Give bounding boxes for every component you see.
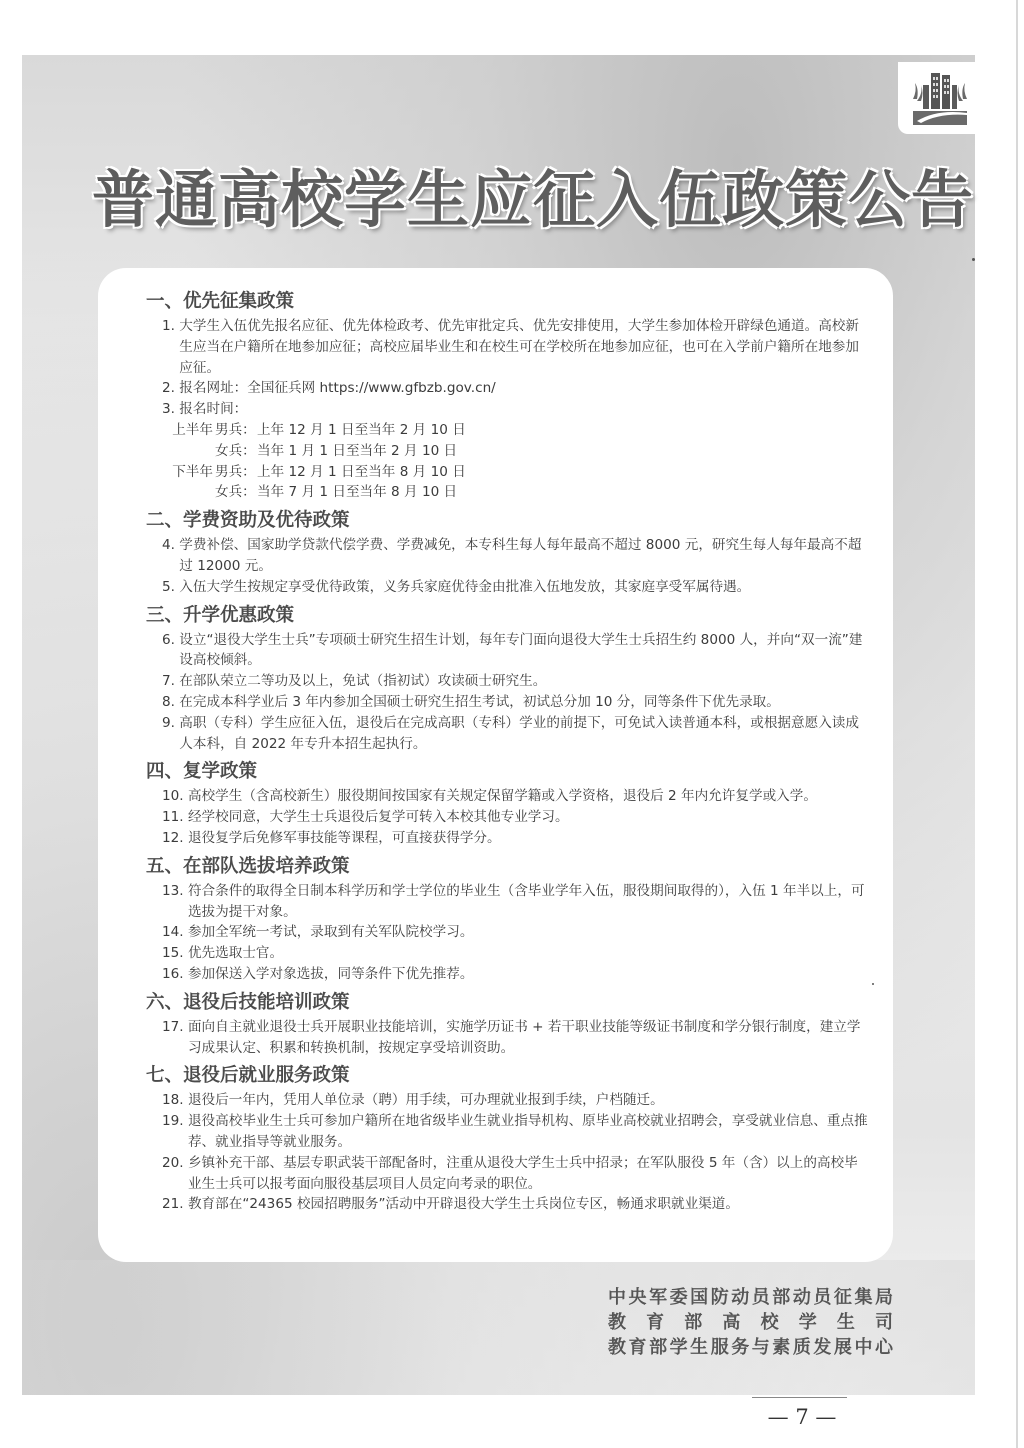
city-buildings-logo-icon [909, 69, 971, 127]
section-priority-recruitment: 一、优先征集政策 1. 大学生入伍优先报名应征、优先体检政考、优先审批定兵、优先… [150, 288, 870, 503]
list-item: 7. 在部队荣立二等功及以上，免试（指初试）攻读硕士研究生。 [162, 671, 870, 692]
schedule-gender: 女兵： [215, 482, 257, 503]
item-number: 4. [162, 535, 179, 577]
signature-line: 教育部高校学生司 [608, 1310, 893, 1335]
item-number: 5. [162, 577, 179, 598]
item-number: 13. [162, 881, 188, 923]
item-text: 学费补偿、国家助学贷款代偿学费、学费减免，本专科生每人每年最高不超过 8000 … [179, 535, 870, 577]
item-text: 大学生入伍优先报名应征、优先体检政考、优先审批定兵、优先安排使用，大学生参加体检… [179, 316, 870, 378]
schedule-gender: 男兵： [215, 462, 257, 483]
schedule-gender: 男兵： [215, 420, 257, 441]
item-text: 经学校同意，大学生士兵退役后复学可转入本校其他专业学习。 [188, 807, 870, 828]
item-number: 6. [162, 630, 179, 672]
section-employment-service: 七、退役后就业服务政策 18. 退役后一年内，凭用人单位录（聘）用手续，可办理就… [150, 1062, 870, 1215]
item-text: 教育部在“24365 校园招聘服务”活动中开辟退役大学生士兵岗位专区，畅通求职就… [188, 1194, 870, 1215]
section-military-selection: 五、在部队选拔培养政策 13. 符合条件的取得全日制本科学历和学士学位的毕业生（… [150, 853, 870, 985]
section-heading: 一、优先征集政策 [146, 288, 866, 316]
item-text: 退役高校毕业生士兵可参加户籍所在地省级毕业生就业指导机构、原毕业高校就业招聘会，… [188, 1111, 870, 1153]
item-text: 在完成本科学业后 3 年内参加全国硕士研究生招生考试，初试总分加 10 分，同等… [179, 692, 870, 713]
footer-divider [752, 1397, 847, 1398]
list-item: 19. 退役高校毕业生士兵可参加户籍所在地省级毕业生就业指导机构、原毕业高校就业… [162, 1111, 870, 1153]
page-number: — 7 — [762, 1405, 842, 1429]
logo [898, 62, 982, 134]
list-item: 16. 参加保送入学对象选拔，同等条件下优先推荐。 [162, 964, 870, 985]
item-text: 在部队荣立二等功及以上，免试（指初试）攻读硕士研究生。 [179, 671, 870, 692]
schedule-gender: 女兵： [215, 441, 257, 462]
schedule-row: 下半年男兵：上年 12 月 1 日至当年 8 月 10 日 [150, 462, 870, 483]
list-item: 1. 大学生入伍优先报名应征、优先体检政考、优先审批定兵、优先安排使用，大学生参… [162, 316, 870, 378]
item-text: 高校学生（含高校新生）服役期间按国家有关规定保留学籍或入学资格，退役后 2 年内… [188, 786, 870, 807]
list-item: 14. 参加全军统一考试，录取到有关军队院校学习。 [162, 922, 870, 943]
scan-speck [972, 258, 975, 261]
list-item: 17. 面向自主就业退役士兵开展职业技能培训，实施学历证书 + 若干职业技能等级… [162, 1017, 870, 1059]
schedule-row: 女兵：当年 7 月 1 日至当年 8 月 10 日 [150, 482, 870, 503]
item-number: 12. [162, 828, 188, 849]
item-number: 15. [162, 943, 188, 964]
scan-speck [872, 983, 874, 985]
item-number: 11. [162, 807, 188, 828]
item-text: 高职（专科）学生应征入伍，退役后在完成高职（专科）学业的前提下，可免试入读普通本… [179, 713, 870, 755]
item-number: 20. [162, 1153, 188, 1195]
item-text: 乡镇补充干部、基层专职武装干部配备时，注重从退役大学生士兵中招录；在军队服役 5… [188, 1153, 870, 1195]
section-skills-training: 六、退役后技能培训政策 17. 面向自主就业退役士兵开展职业技能培训，实施学历证… [150, 989, 870, 1059]
item-text: 参加全军统一考试，录取到有关军队院校学习。 [188, 922, 870, 943]
section-further-education: 三、升学优惠政策 6. 设立“退役大学生士兵”专项硕士研究生招生计划，每年专门面… [150, 602, 870, 755]
item-text: 设立“退役大学生士兵”专项硕士研究生招生计划，每年专门面向退役大学生士兵招生约 … [179, 630, 870, 672]
list-item: 6. 设立“退役大学生士兵”专项硕士研究生招生计划，每年专门面向退役大学生士兵招… [162, 630, 870, 672]
signature-line: 中央军委国防动员部动员征集局 [608, 1285, 893, 1310]
issuing-authorities: 中央军委国防动员部动员征集局 教育部高校学生司 教育部学生服务与素质发展中心 [608, 1285, 893, 1360]
policy-content: 一、优先征集政策 1. 大学生入伍优先报名应征、优先体检政考、优先审批定兵、优先… [150, 288, 870, 1219]
section-heading: 五、在部队选拔培养政策 [146, 853, 866, 881]
schedule-half [153, 441, 215, 462]
list-item: 3. 报名时间： [162, 399, 870, 420]
section-heading: 七、退役后就业服务政策 [146, 1062, 866, 1090]
schedule-period: 上年 12 月 1 日至当年 2 月 10 日 [257, 420, 466, 441]
list-item: 5. 入伍大学生按规定享受优待政策，义务兵家庭优待金由批准入伍地发放，其家庭享受… [162, 577, 870, 598]
section-resume-study: 四、复学政策 10. 高校学生（含高校新生）服役期间按国家有关规定保留学籍或入学… [150, 758, 870, 848]
list-item: 21. 教育部在“24365 校园招聘服务”活动中开辟退役大学生士兵岗位专区，畅… [162, 1194, 870, 1215]
section-heading: 四、复学政策 [146, 758, 866, 786]
item-text: 符合条件的取得全日制本科学历和学士学位的毕业生（含毕业学年入伍，服役期间取得的）… [188, 881, 870, 923]
scan-edge [1016, 0, 1018, 1448]
registration-url-text[interactable]: 报名网址：全国征兵网 https://www.gfbzb.gov.cn/ [179, 378, 870, 399]
item-number: 8. [162, 692, 179, 713]
item-number: 17. [162, 1017, 188, 1059]
item-number: 2. [162, 378, 179, 399]
item-text: 优先选取士官。 [188, 943, 870, 964]
item-text: 退役复学后免修军事技能等课程，可直接获得学分。 [188, 828, 870, 849]
item-text: 入伍大学生按规定享受优待政策，义务兵家庭优待金由批准入伍地发放，其家庭享受军属待… [179, 577, 870, 598]
item-number: 7. [162, 671, 179, 692]
item-number: 18. [162, 1090, 188, 1111]
item-text: 面向自主就业退役士兵开展职业技能培训，实施学历证书 + 若干职业技能等级证书制度… [188, 1017, 870, 1059]
item-number: 3. [162, 399, 179, 420]
item-number: 19. [162, 1111, 188, 1153]
list-item: 15. 优先选取士官。 [162, 943, 870, 964]
schedule-period: 当年 1 月 1 日至当年 2 月 10 日 [257, 441, 457, 462]
schedule-half: 下半年 [153, 462, 215, 483]
item-number: 10. [162, 786, 188, 807]
list-item: 11. 经学校同意，大学生士兵退役后复学可转入本校其他专业学习。 [162, 807, 870, 828]
page-title: 普通高校学生应征入伍政策公告 [92, 160, 932, 240]
item-text: 参加保送入学对象选拔，同等条件下优先推荐。 [188, 964, 870, 985]
list-item: 18. 退役后一年内，凭用人单位录（聘）用手续，可办理就业报到手续，户档随迁。 [162, 1090, 870, 1111]
list-item: 13. 符合条件的取得全日制本科学历和学士学位的毕业生（含毕业学年入伍，服役期间… [162, 881, 870, 923]
item-number: 16. [162, 964, 188, 985]
list-item: 12. 退役复学后免修军事技能等课程，可直接获得学分。 [162, 828, 870, 849]
schedule-period: 当年 7 月 1 日至当年 8 月 10 日 [257, 482, 457, 503]
list-item: 9. 高职（专科）学生应征入伍，退役后在完成高职（专科）学业的前提下，可免试入读… [162, 713, 870, 755]
list-item: 4. 学费补偿、国家助学贷款代偿学费、学费减免，本专科生每人每年最高不超过 80… [162, 535, 870, 577]
item-number: 21. [162, 1194, 188, 1215]
schedule-period: 上年 12 月 1 日至当年 8 月 10 日 [257, 462, 466, 483]
item-text: 退役后一年内，凭用人单位录（聘）用手续，可办理就业报到手续，户档随迁。 [188, 1090, 870, 1111]
list-item: 20. 乡镇补充干部、基层专职武装干部配备时，注重从退役大学生士兵中招录；在军队… [162, 1153, 870, 1195]
registration-schedule: 上半年男兵：上年 12 月 1 日至当年 2 月 10 日 女兵：当年 1 月 … [150, 420, 870, 503]
item-number: 1. [162, 316, 179, 378]
list-item: 10. 高校学生（含高校新生）服役期间按国家有关规定保留学籍或入学资格，退役后 … [162, 786, 870, 807]
list-item: 8. 在完成本科学业后 3 年内参加全国硕士研究生招生考试，初试总分加 10 分… [162, 692, 870, 713]
signature-line: 教育部学生服务与素质发展中心 [608, 1335, 893, 1360]
section-heading: 二、学费资助及优待政策 [146, 507, 866, 535]
schedule-half [153, 482, 215, 503]
list-item: 2. 报名网址：全国征兵网 https://www.gfbzb.gov.cn/ [162, 378, 870, 399]
item-number: 14. [162, 922, 188, 943]
schedule-row: 女兵：当年 1 月 1 日至当年 2 月 10 日 [150, 441, 870, 462]
item-text: 报名时间： [179, 399, 870, 420]
item-number: 9. [162, 713, 179, 755]
schedule-half: 上半年 [153, 420, 215, 441]
section-tuition-aid: 二、学费资助及优待政策 4. 学费补偿、国家助学贷款代偿学费、学费减免，本专科生… [150, 507, 870, 597]
section-heading: 六、退役后技能培训政策 [146, 989, 866, 1017]
schedule-row: 上半年男兵：上年 12 月 1 日至当年 2 月 10 日 [150, 420, 870, 441]
section-heading: 三、升学优惠政策 [146, 602, 866, 630]
